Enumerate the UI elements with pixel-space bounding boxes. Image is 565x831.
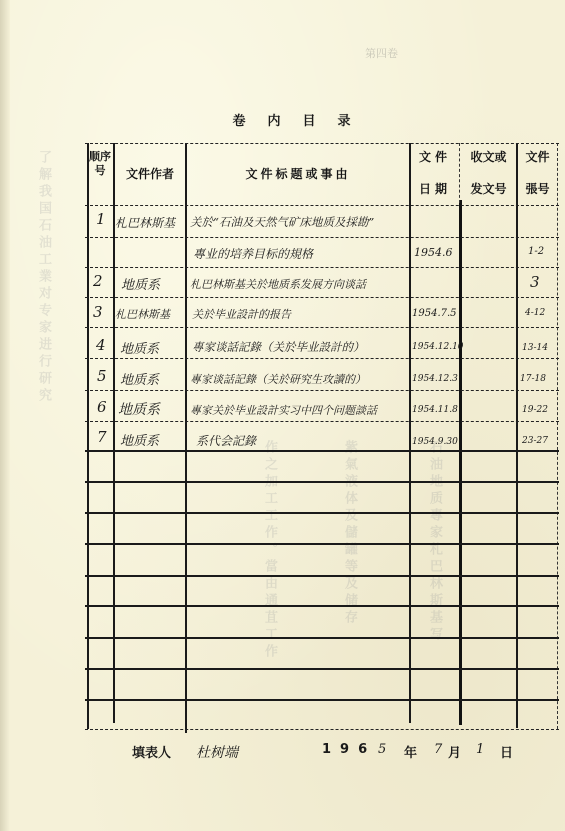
row-divider: [85, 450, 559, 452]
header-seq: 顺序号: [89, 150, 111, 178]
row-seq: 5: [97, 367, 107, 385]
header-date-line2: 日期: [411, 180, 459, 197]
row-divider: [85, 327, 559, 328]
row-subject: 專家谈話記錄（关於研究生攻讀的）: [190, 371, 366, 387]
row-divider: [85, 668, 559, 670]
row-subject: 專家关於毕业設計实习中四个问题談話: [190, 402, 377, 418]
row-divider: [85, 481, 559, 483]
year-prefix: 196: [322, 742, 376, 757]
filler-name: 杜树端: [196, 742, 238, 762]
column-divider: [459, 200, 462, 725]
row-subject: 关於毕业設計的报告: [192, 306, 291, 322]
row-subject: 系代会記錄: [196, 432, 256, 449]
header-ref-line2: 发文号: [461, 180, 516, 197]
header-pages-line2: 張号: [518, 180, 557, 197]
table-border-top: [85, 143, 559, 144]
row-seq: 4: [96, 336, 106, 354]
row-divider: [85, 543, 559, 545]
row-subject: 关於“石油及天然气矿床地质及採勘”: [190, 214, 374, 230]
bleed-through-text: 了解我国石油工業对专家进行研究: [34, 150, 53, 450]
table-border-left: [87, 143, 89, 729]
year-digit: 5: [378, 742, 386, 757]
row-author: 札巴林斯基: [115, 214, 175, 231]
row-date: 1954.9.30: [412, 437, 458, 447]
row-pages: 4-12: [525, 308, 545, 318]
row-pages: 19-22: [522, 405, 548, 415]
row-divider: [85, 267, 559, 268]
row-author: 地质系: [120, 338, 159, 357]
row-subject: 札巴林斯基关於地质系发展方向谈話: [190, 276, 366, 292]
row-seq: 7: [97, 428, 107, 446]
page-title: 卷内目录: [0, 110, 565, 129]
header-pages-line1: 文件: [518, 148, 557, 165]
row-date: 1954.11.8: [412, 405, 458, 415]
row-author: 地质系: [118, 399, 160, 419]
row-seq: 1: [96, 210, 106, 228]
faint-stamp: 第四卷: [365, 45, 398, 61]
month-unit: 月: [448, 742, 461, 761]
header-divider: [85, 205, 559, 206]
column-divider: [185, 143, 187, 733]
column-divider: [459, 143, 460, 203]
row-divider: [85, 358, 559, 359]
month-value: 7: [434, 742, 442, 757]
row-divider: [85, 575, 559, 577]
column-divider: [516, 143, 518, 728]
row-divider: [85, 699, 559, 701]
header-subject: 文件标题或事由: [187, 165, 409, 182]
row-divider: [85, 512, 559, 514]
row-seq: 3: [93, 303, 103, 321]
header-date-line1: 文件: [411, 148, 459, 165]
row-seq: 2: [93, 272, 103, 290]
row-author: 地质系: [121, 274, 160, 293]
header-ref-line1: 收文或: [461, 148, 516, 165]
row-date: 1954.12.3: [412, 374, 458, 384]
row-author: 地质系: [120, 430, 159, 449]
row-date: 1954.6: [414, 246, 453, 259]
row-pages: 17-18: [520, 374, 546, 384]
row-pages: 13-14: [522, 343, 548, 353]
row-seq: 6: [97, 398, 107, 416]
table-border-bottom: [85, 729, 559, 730]
header-author: 文件作者: [115, 165, 185, 182]
row-divider: [85, 297, 559, 298]
row-subject: 專业的培养目标的規格: [193, 245, 313, 262]
row-divider: [85, 237, 559, 238]
row-pages: 3: [530, 273, 540, 291]
day-unit: 日: [500, 742, 513, 761]
row-date: 1954.7.5: [412, 308, 457, 319]
year-unit: 年: [404, 742, 417, 761]
row-pages: 23-27: [522, 436, 548, 446]
row-date: 1954.12.10: [412, 342, 464, 352]
row-author: 札巴林斯基: [115, 306, 170, 322]
filler-label: 填表人: [132, 742, 171, 761]
row-divider: [85, 421, 559, 422]
day-value: 1: [476, 742, 484, 757]
row-pages: 1-2: [528, 246, 544, 257]
row-divider: [85, 605, 559, 607]
row-divider: [85, 637, 559, 639]
row-subject: 專家谈話記錄（关於毕业設計的）: [192, 339, 365, 355]
row-author: 地质系: [120, 369, 159, 388]
column-divider: [409, 143, 411, 723]
row-divider: [85, 390, 559, 391]
table-border-right: [557, 143, 558, 729]
